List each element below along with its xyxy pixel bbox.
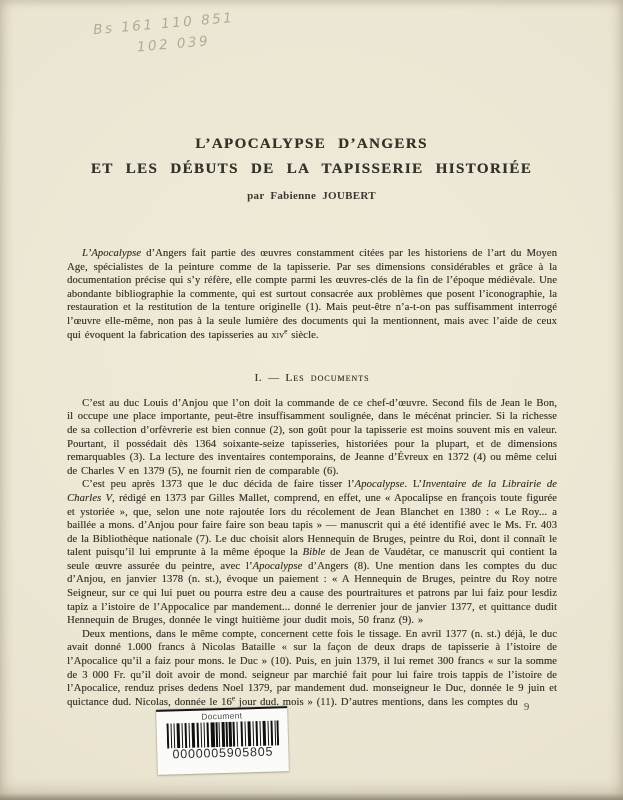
paragraph: C’est au duc Louis d’Anjou que l’on doit… [67, 397, 557, 479]
page-number: 9 [524, 702, 529, 713]
barcode-sticker: Document 0000005905805 [156, 706, 289, 775]
scan-bottom-edge [0, 793, 623, 800]
scanned-page: Bs 161 110 851 102 039 L’APOCALYPSE D’AN… [0, 0, 623, 800]
paragraph: C’est peu après 1373 que le duc décida d… [67, 478, 557, 628]
article-title: L’APOCALYPSE D’ANGERS ET LES DÉBUTS DE L… [0, 132, 623, 182]
paragraph: Deux mentions, dans le même compte, conc… [67, 628, 557, 710]
article-body: L’Apocalypse d’Angers fait partie des œu… [67, 247, 557, 709]
barcode-number: 0000005905805 [157, 745, 288, 762]
article-title-line1: L’APOCALYPSE D’ANGERS [0, 132, 623, 157]
section-title: Les documents [285, 372, 369, 384]
byline: par Fabienne JOUBERT [0, 190, 623, 202]
paragraph: L’Apocalypse d’Angers fait partie des œu… [67, 247, 557, 342]
section-number: I. — [254, 372, 285, 384]
article-title-line2: ET LES DÉBUTS DE LA TAPISSERIE HISTORIÉE [0, 157, 623, 182]
section-heading: I. — Les documents [67, 372, 557, 386]
handwritten-annotation: Bs 161 110 851 102 039 [92, 8, 237, 62]
